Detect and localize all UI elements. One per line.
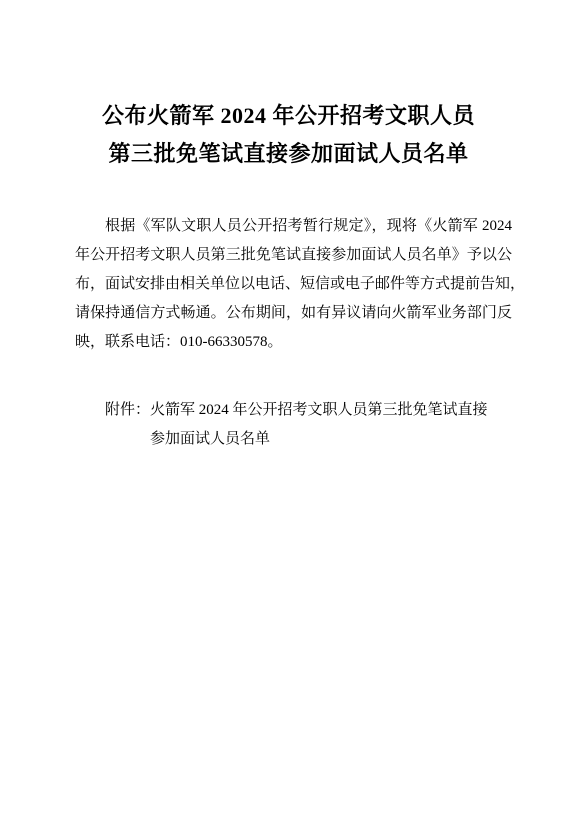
- attachment-content: 火箭军 2024 年公开招考文职人员第三批免笔试直接 参加面试人员名单: [150, 396, 512, 454]
- attachment-line: 参加面试人员名单: [150, 425, 512, 454]
- title-line-2: 第三批免笔试直接参加面试人员名单: [70, 135, 507, 173]
- body-line: 年公开招考文职人员第三批免笔试直接参加面试人员名单》予以公: [75, 241, 512, 270]
- document-title: 公布火箭军 2024 年公开招考文职人员 第三批免笔试直接参加面试人员名单: [70, 97, 507, 173]
- body-paragraph: 根据《军队文职人员公开招考暂行规定》，现将《火箭军 2024 年公开招考文职人员…: [75, 212, 512, 357]
- body-line-contact-phone: 映，联系电话：010-66330578。: [75, 328, 512, 357]
- attachment-line: 火箭军 2024 年公开招考文职人员第三批免笔试直接: [150, 396, 512, 425]
- body-line: 请保持通信方式畅通。公布期间，如有异议请向火箭军业务部门反: [75, 299, 512, 328]
- body-line: 根据《军队文职人员公开招考暂行规定》，现将《火箭军 2024: [75, 212, 512, 241]
- document-page: 公布火箭军 2024 年公开招考文职人员 第三批免笔试直接参加面试人员名单 根据…: [0, 0, 577, 822]
- attachment-section: 附件： 火箭军 2024 年公开招考文职人员第三批免笔试直接 参加面试人员名单: [75, 396, 512, 454]
- attachment-label: 附件：: [105, 396, 150, 425]
- title-line-1: 公布火箭军 2024 年公开招考文职人员: [70, 97, 507, 135]
- body-line: 布，面试安排由相关单位以电话、短信或电子邮件等方式提前告知，: [75, 270, 512, 299]
